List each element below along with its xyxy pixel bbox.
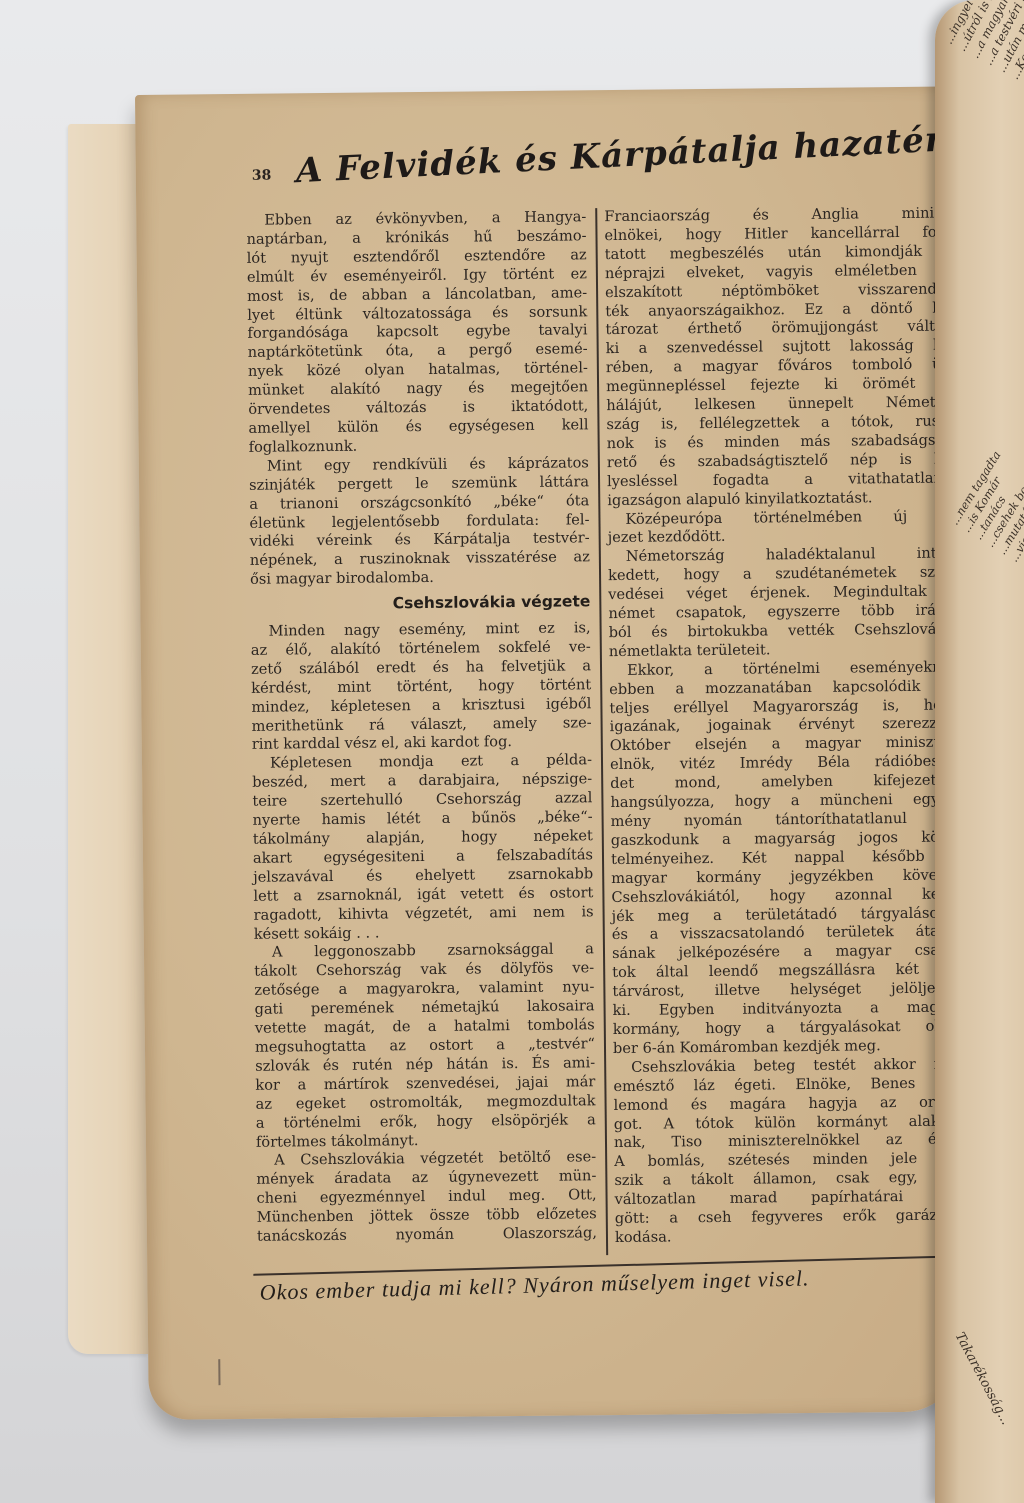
facing-page-text-mid: ...nem tagadta...is Komár...tanács...cse… xyxy=(947,333,1024,705)
facing-page-footer: Takarékosság... xyxy=(952,1330,1013,1428)
paragraph: Csehszlovákia beteg testét akkor máremés… xyxy=(613,1055,965,1248)
back-flyleaf xyxy=(68,124,148,1354)
text-line: tanácskozás nyomán Olaszország, xyxy=(257,1224,597,1246)
text-line: ősi magyar birodalomba. xyxy=(250,567,590,589)
text-line: amellyel külön és egységesen kell xyxy=(248,416,588,438)
right-column: Franciaország és Anglia minisz-elnökei, … xyxy=(604,204,965,1247)
section-heading: Csehszlovákia végzete xyxy=(250,592,590,614)
pencil-mark xyxy=(218,1359,220,1385)
page-number: 38 xyxy=(252,168,272,184)
footer-slogan: Okos ember tudja mi kell? Nyáron műselye… xyxy=(259,1261,969,1306)
text-line: a történelmi erők, hogy elsöpörjék a xyxy=(256,1111,596,1133)
left-column: Ebben az évkönyvben, a Hangya-naptárban,… xyxy=(246,208,597,1246)
paragraph: Németország haladéktalanul intéz-kedett,… xyxy=(608,545,959,662)
facing-page-curl: ...ingyel a magyar...útról is szomjú...a… xyxy=(935,0,1024,1503)
facing-page-text-top: ...ingyel a magyar...útról is szomjú...a… xyxy=(941,0,1024,132)
text-line: ragadott, kihivta végzetét, ami nem is xyxy=(254,903,594,925)
paragraph: Képletesen mondja ezt a példa-beszéd, me… xyxy=(252,752,594,945)
text-line: kormány, hogy a tárgyalásokat októ- xyxy=(613,1017,963,1040)
paragraph: Középeurópa történelmében új fe-jezet ke… xyxy=(607,507,957,548)
text-line: kodása. xyxy=(615,1225,965,1248)
paragraph: Minden nagy esemény, mint ez is,az élő, … xyxy=(251,619,592,755)
page-title: A Felvidék és Kárpátalja hazatérése xyxy=(295,119,956,191)
text-line: népének, a ruszinoknak visszatérése az xyxy=(250,549,590,571)
paragraph: Ebben az évkönyvben, a Hangya-naptárban,… xyxy=(246,208,589,457)
paragraph: Mint egy rendkívüli és káprázatosszinját… xyxy=(249,454,590,590)
paragraph: Ekkor, a történelmi eseményeknekebben a … xyxy=(609,658,963,1059)
paragraph: Franciaország és Anglia minisz-elnökei, … xyxy=(604,204,957,510)
paragraph: A leggonoszabb zsarnoksággal atákolt Cse… xyxy=(254,941,596,1153)
paragraph: A Csehszlovákia végzetét betöltő ese-mén… xyxy=(256,1149,597,1247)
text-line: lyesléssel fogadta a vitathatatlanul xyxy=(607,469,957,492)
text-line: ból és birtokukba vették Csehszlovákia xyxy=(609,620,959,643)
text-line: gött: a cseh fegyveres erők garázdál- xyxy=(615,1206,965,1229)
book-page: 38 A Felvidék és Kárpátalja hazatérése E… xyxy=(135,86,964,1419)
